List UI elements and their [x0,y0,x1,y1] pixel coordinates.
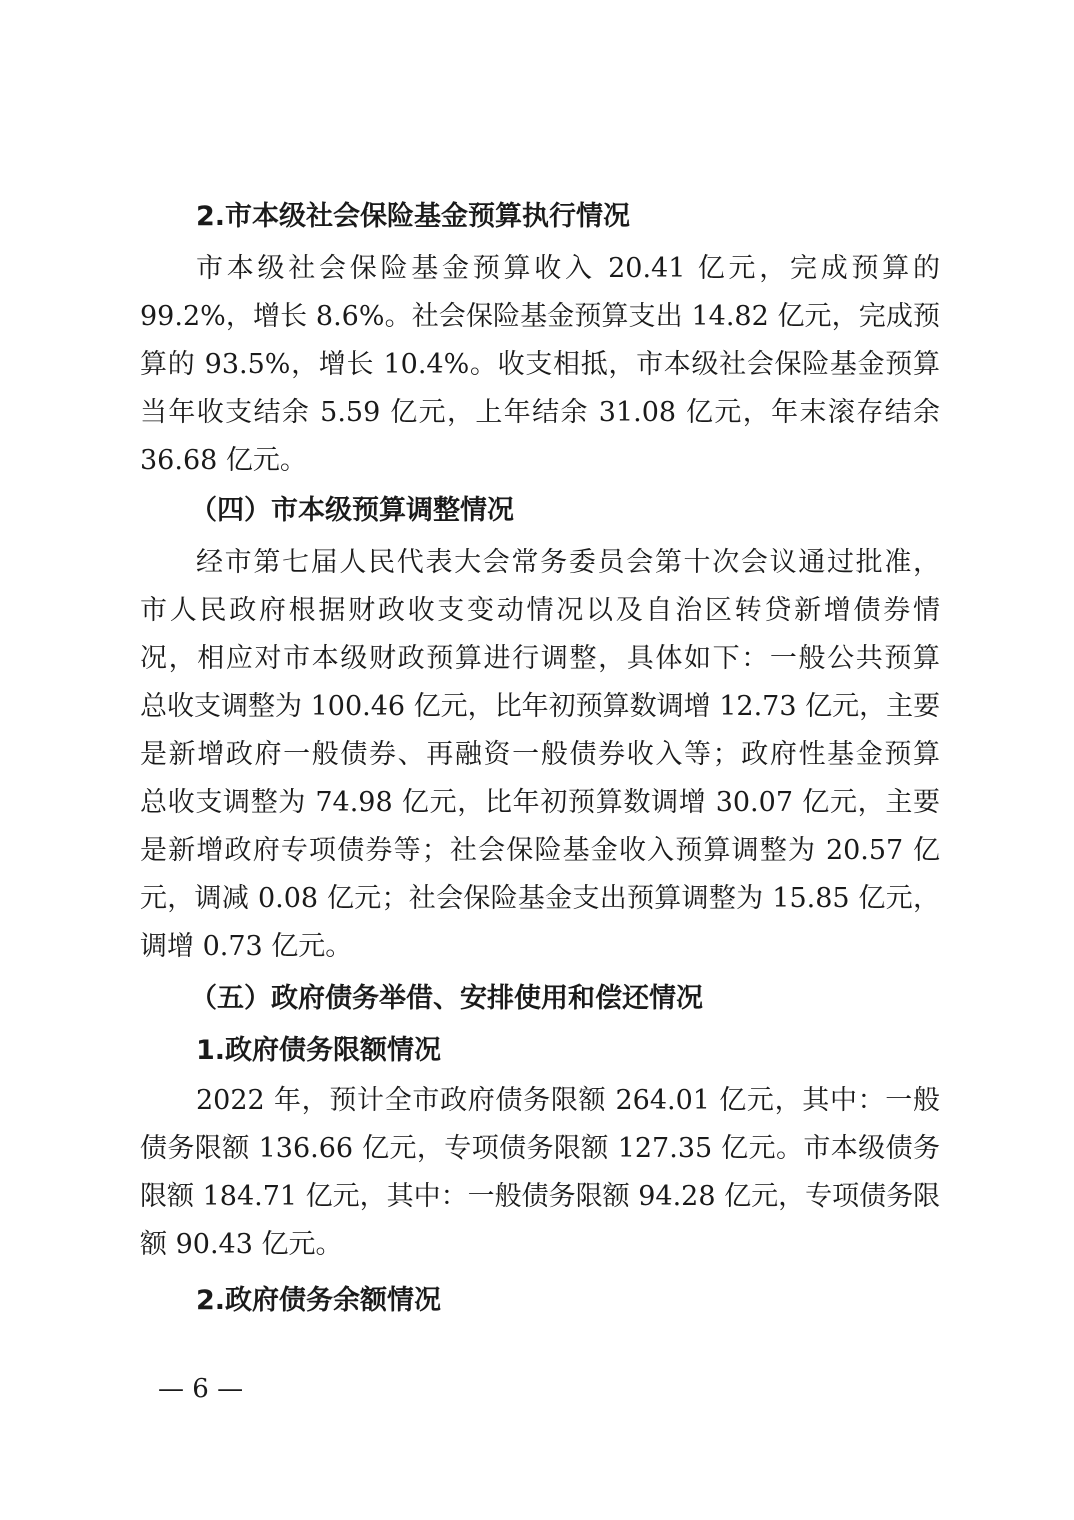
paragraph-line: 总收支调整为 74.98 亿元，比年初预算数调增 30.07 亿元，主要 [140,786,940,820]
paragraph-line: 2022 年，预计全市政府债务限额 264.01 亿元，其中：一般 [196,1084,940,1118]
paragraph-line: 债务限额 136.66 亿元，专项债务限额 127.35 亿元。市本级债务 [140,1132,940,1166]
paragraph-line: 市人民政府根据财政收支变动情况以及自治区转贷新增债券情 [140,594,940,628]
section-heading-budget-adjustment: （四）市本级预算调整情况 [190,494,514,528]
paragraph-line: 调增 0.73 亿元。 [140,930,940,964]
paragraph-line: 36.68 亿元。 [140,444,940,478]
paragraph-line: 经市第七届人民代表大会常务委员会第十次会议通过批准， [196,546,940,580]
paragraph-line: 额 90.43 亿元。 [140,1228,940,1262]
paragraph-line: 限额 184.71 亿元，其中：一般债务限额 94.28 亿元，专项债务限 [140,1180,940,1214]
paragraph-line: 总收支调整为 100.46 亿元，比年初预算数调增 12.73 亿元，主要 [140,690,940,724]
paragraph-line: 况，相应对市本级财政预算进行调整，具体如下：一般公共预算 [140,642,940,676]
page-number: — 6 — [158,1372,243,1406]
paragraph-line: 是新增政府一般债券、再融资一般债券收入等；政府性基金预算 [140,738,940,772]
section-heading-debt-limit: 1.政府债务限额情况 [196,1034,441,1068]
paragraph-line: 算的 93.5%，增长 10.4%。收支相抵，市本级社会保险基金预算 [140,348,940,382]
paragraph-line: 当年收支结余 5.59 亿元，上年结余 31.08 亿元，年末滚存结余 [140,396,940,430]
paragraph-line: 99.2%，增长 8.6%。社会保险基金预算支出 14.82 亿元，完成预 [140,300,940,334]
section-heading-government-debt: （五）政府债务举借、安排使用和偿还情况 [190,982,703,1016]
paragraph-line: 是新增政府专项债券等；社会保险基金收入预算调整为 20.57 亿 [140,834,940,868]
section-heading-social-insurance-execution: 2.市本级社会保险基金预算执行情况 [196,200,630,234]
paragraph-line: 元，调减 0.08 亿元；社会保险基金支出预算调整为 15.85 亿元， [140,882,940,916]
paragraph-line: 市本级社会保险基金预算收入 20.41 亿元，完成预算的 [196,252,940,286]
section-heading-debt-balance: 2.政府债务余额情况 [196,1284,441,1318]
